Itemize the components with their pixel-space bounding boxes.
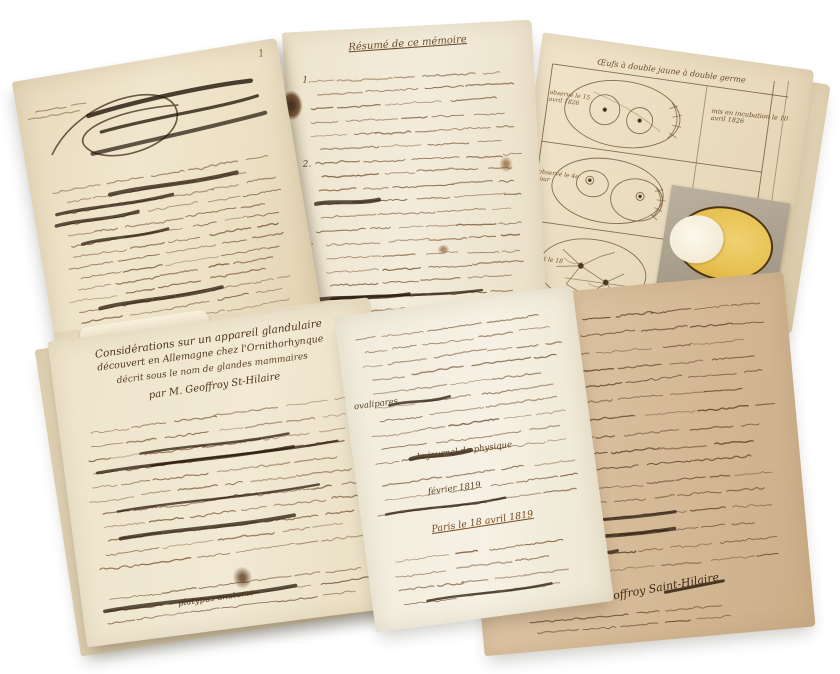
considerations-body-handwriting: [72, 384, 382, 582]
manuscript-dated-leaf: ovalipares le journal de physique févrie…: [334, 286, 614, 633]
resume-title: Résumé de ce mémoire: [283, 29, 533, 58]
auction-photo-manuscript-lot: { "scene": { "background_color": "#fffff…: [0, 0, 840, 674]
